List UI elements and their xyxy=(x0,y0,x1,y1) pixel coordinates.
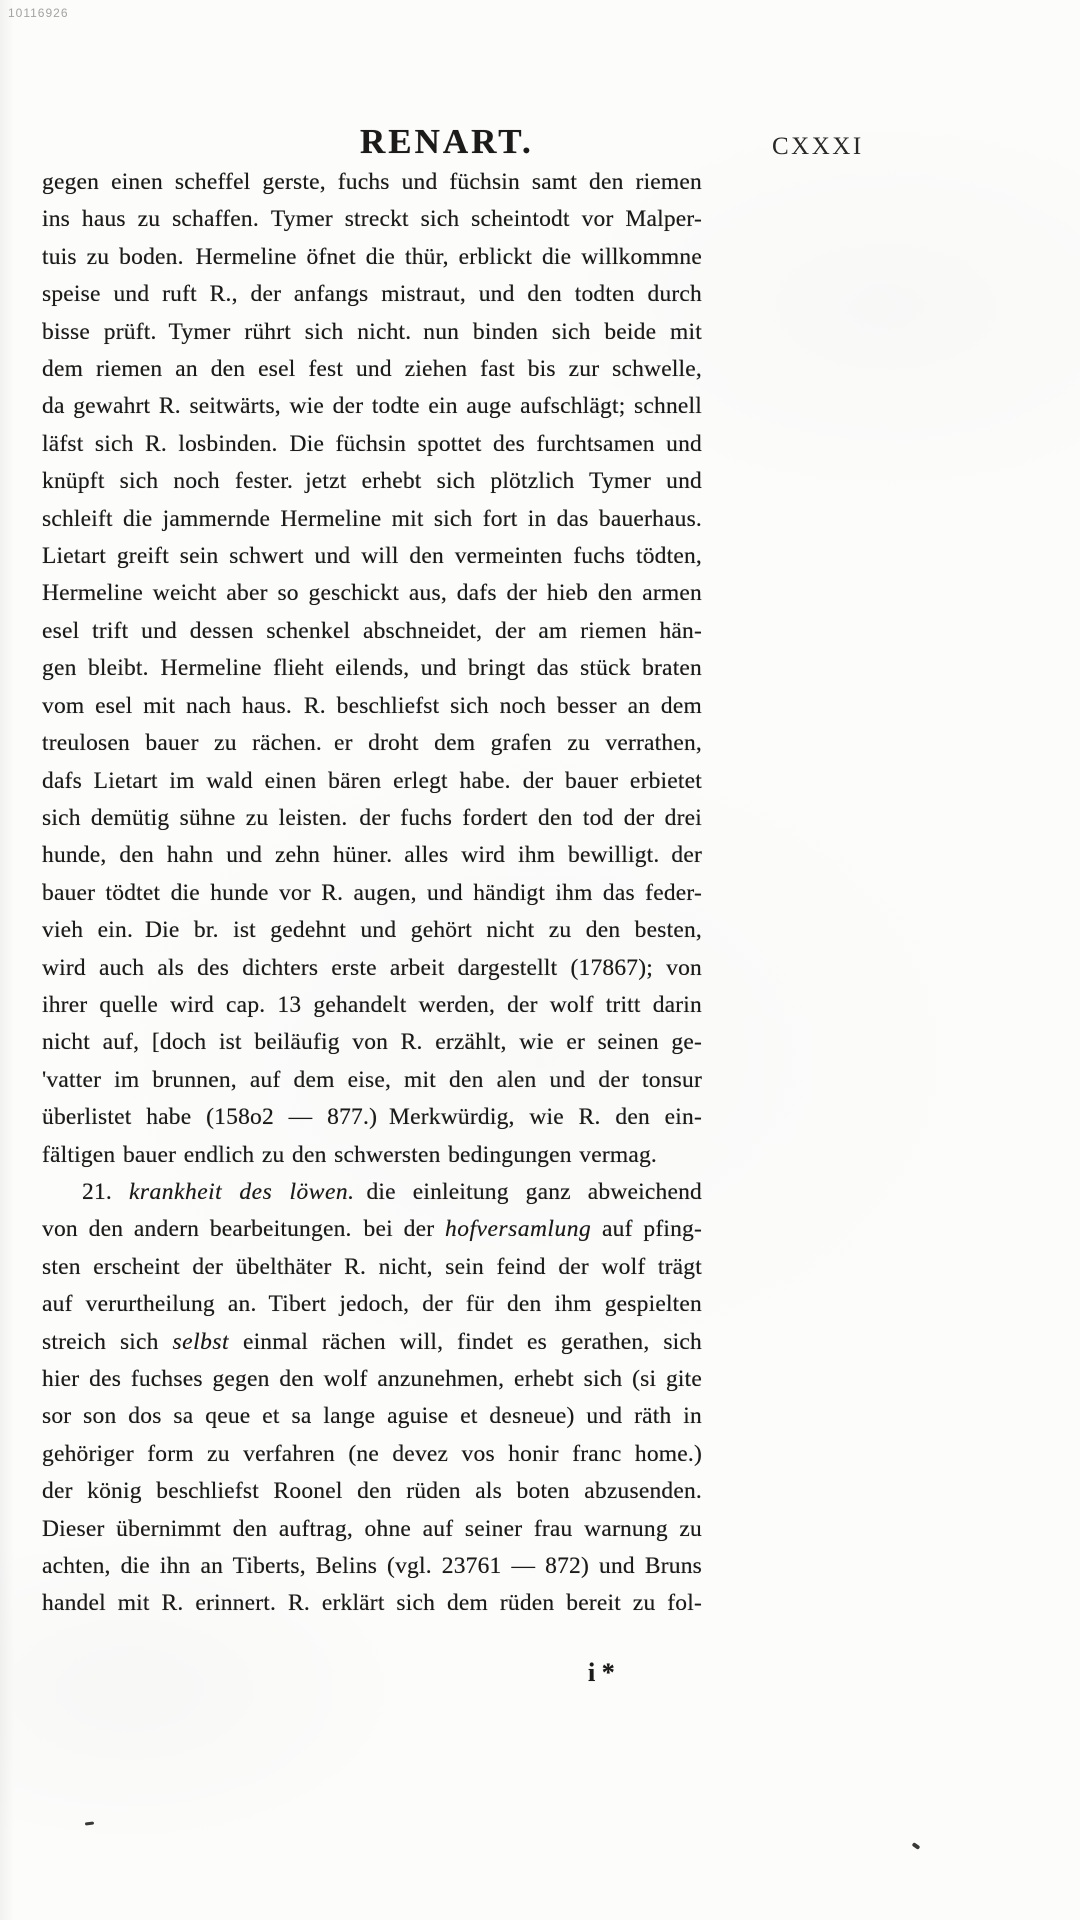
text-line: vom esel mit nach haus. R. beschliefst s… xyxy=(42,688,702,725)
text-line: sten erscheint der übelthäter R. nicht, … xyxy=(42,1249,702,1286)
text-segment: da gewahrt R. seitwärts, wie der todte e… xyxy=(42,393,702,419)
text-segment: sten erscheint der übelthäter R. nicht, … xyxy=(42,1254,702,1280)
text-line: von den andern bearbeitungen. bei der ho… xyxy=(42,1211,702,1248)
text-line: Dieser übernimmt den auftrag, ohne auf s… xyxy=(42,1511,702,1548)
text-segment: ins haus zu schaffen. Tymer streckt sich… xyxy=(42,206,702,232)
text-line: sor son dos sa qeue et sa lange aguise e… xyxy=(42,1398,702,1435)
text-line: streich sich selbst einmal rächen will, … xyxy=(42,1324,702,1361)
scan-number: 10116926 xyxy=(8,6,69,20)
text-segment: fältigen bauer endlich zu den schwersten… xyxy=(42,1142,657,1168)
text-segment: auf verurtheilung an. Tibert jedoch, der… xyxy=(42,1291,702,1317)
text-line: auf verurtheilung an. Tibert jedoch, der… xyxy=(42,1286,702,1323)
text-segment: schleift die jammernde Hermeline mit sic… xyxy=(42,506,702,532)
text-segment: läfst sich R. losbinden. Die füchsin spo… xyxy=(42,431,702,457)
text-segment: gegen einen scheffel gerste, fuchs und f… xyxy=(42,169,702,195)
text-line: Hermeline weicht aber so geschickt aus, … xyxy=(42,575,702,612)
text-line: treulosen bauer zu rächen. er droht dem … xyxy=(42,725,702,762)
text-line: wird auch als des dichters erste arbeit … xyxy=(42,950,702,987)
text-segment: gen bleibt. Hermeline flieht eilends, un… xyxy=(42,655,702,681)
page-title: RENART. xyxy=(360,122,534,162)
page-text: gegen einen scheffel gerste, fuchs und f… xyxy=(42,164,702,1623)
text-line: gegen einen scheffel gerste, fuchs und f… xyxy=(42,164,702,201)
text-segment: knüpft sich noch fester. jetzt erhebt si… xyxy=(42,468,702,494)
text-segment: 'vatter im brunnen, auf dem eise, mit de… xyxy=(42,1067,702,1093)
text-segment: ihrer quelle wird cap. 13 gehandelt werd… xyxy=(42,992,702,1018)
text-line: 21. krankheit des löwen. die einleitung … xyxy=(42,1174,702,1211)
text-segment: bisse prüft. Tymer rührt sich nicht. nun… xyxy=(42,319,702,345)
text-segment: von den andern bearbeitungen. bei der xyxy=(42,1216,445,1242)
text-line: läfst sich R. losbinden. Die füchsin spo… xyxy=(42,426,702,463)
text-line: dafs Lietart im wald einen bären erlegt … xyxy=(42,763,702,800)
text-segment: der könig beschliefst Roonel den rüden a… xyxy=(42,1478,702,1504)
text-segment: einmal rächen will, findet es gerathen, … xyxy=(229,1329,702,1355)
text-line: Lietart greift sein schwert und will den… xyxy=(42,538,702,575)
text-segment: überlistet habe (158o2 — 877.) Merkwürdi… xyxy=(42,1104,702,1130)
text-line: vieh ein. Die br. ist gedehnt und gehört… xyxy=(42,912,702,949)
text-segment: 21. xyxy=(82,1179,129,1205)
text-line: gehöriger form zu verfahren (ne devez vo… xyxy=(42,1436,702,1473)
scan-artifact xyxy=(912,1842,921,1850)
text-line: speise und ruft R., der anfangs mistraut… xyxy=(42,276,702,313)
text-segment: Hermeline weicht aber so geschickt aus, … xyxy=(42,580,702,606)
text-line: tuis zu boden. Hermeline öfnet die thür,… xyxy=(42,239,702,276)
italic-text-segment: selbst xyxy=(173,1329,230,1355)
text-segment: auf pfing- xyxy=(591,1216,702,1242)
italic-text-segment: krankheit des löwen. xyxy=(129,1179,355,1205)
text-segment: gehöriger form zu verfahren (ne devez vo… xyxy=(42,1441,702,1467)
text-segment: esel trift und dessen schenkel abschneid… xyxy=(42,618,702,644)
text-line: fältigen bauer endlich zu den schwersten… xyxy=(42,1137,702,1174)
text-segment: dafs Lietart im wald einen bären erlegt … xyxy=(42,768,702,794)
text-segment: sich demütig sühne zu leisten. der fuchs… xyxy=(42,805,702,831)
text-segment: vieh ein. Die br. ist gedehnt und gehört… xyxy=(42,917,702,943)
text-line: handel mit R. erinnert. R. erklärt sich … xyxy=(42,1585,702,1622)
text-segment: vom esel mit nach haus. R. beschliefst s… xyxy=(42,693,702,719)
text-line: ins haus zu schaffen. Tymer streckt sich… xyxy=(42,201,702,238)
scan-artifact xyxy=(85,1821,94,1825)
text-segment: achten, die ihn an Tiberts, Belins (vgl.… xyxy=(42,1553,702,1579)
signature-mark: i * xyxy=(588,1658,615,1688)
text-segment: streich sich xyxy=(42,1329,173,1355)
text-line: bauer tödtet die hunde vor R. augen, und… xyxy=(42,875,702,912)
italic-text-segment: hofversamlung xyxy=(445,1216,591,1242)
text-line: dem riemen an den esel fest und ziehen f… xyxy=(42,351,702,388)
text-line: sich demütig sühne zu leisten. der fuchs… xyxy=(42,800,702,837)
page-number: CXXXI xyxy=(772,133,864,161)
text-line: knüpft sich noch fester. jetzt erhebt si… xyxy=(42,463,702,500)
text-segment: dem riemen an den esel fest und ziehen f… xyxy=(42,356,702,382)
text-line: da gewahrt R. seitwärts, wie der todte e… xyxy=(42,388,702,425)
text-segment: bauer tödtet die hunde vor R. augen, und… xyxy=(42,880,702,906)
text-line: gen bleibt. Hermeline flieht eilends, un… xyxy=(42,650,702,687)
text-segment: hier des fuchses gegen den wolf anzunehm… xyxy=(42,1366,702,1392)
text-line: nicht auf, [doch ist beiläufig von R. er… xyxy=(42,1024,702,1061)
text-line: achten, die ihn an Tiberts, Belins (vgl.… xyxy=(42,1548,702,1585)
text-line: bisse prüft. Tymer rührt sich nicht. nun… xyxy=(42,314,702,351)
text-segment: nicht auf, [doch ist beiläufig von R. er… xyxy=(42,1029,702,1055)
text-line: ihrer quelle wird cap. 13 gehandelt werd… xyxy=(42,987,702,1024)
text-segment: treulosen bauer zu rächen. er droht dem … xyxy=(42,730,702,756)
text-segment: Dieser übernimmt den auftrag, ohne auf s… xyxy=(42,1516,702,1542)
text-line: überlistet habe (158o2 — 877.) Merkwürdi… xyxy=(42,1099,702,1136)
text-segment: tuis zu boden. Hermeline öfnet die thür,… xyxy=(42,244,702,270)
text-segment: die einleitung ganz abweichend xyxy=(355,1179,702,1205)
text-line: esel trift und dessen schenkel abschneid… xyxy=(42,613,702,650)
scanned-book-page: { "page": { "scan_number": "10116926", "… xyxy=(0,0,1080,1920)
text-segment: hunde, den hahn und zehn hüner. alles wi… xyxy=(42,842,702,868)
text-segment: handel mit R. erinnert. R. erklärt sich … xyxy=(42,1590,702,1616)
text-segment: wird auch als des dichters erste arbeit … xyxy=(42,955,702,981)
text-line: der könig beschliefst Roonel den rüden a… xyxy=(42,1473,702,1510)
text-segment: Lietart greift sein schwert und will den… xyxy=(42,543,702,569)
text-line: hunde, den hahn und zehn hüner. alles wi… xyxy=(42,837,702,874)
text-segment: sor son dos sa qeue et sa lange aguise e… xyxy=(42,1403,702,1429)
text-line: hier des fuchses gegen den wolf anzunehm… xyxy=(42,1361,702,1398)
text-line: 'vatter im brunnen, auf dem eise, mit de… xyxy=(42,1062,702,1099)
text-line: schleift die jammernde Hermeline mit sic… xyxy=(42,501,702,538)
text-segment: speise und ruft R., der anfangs mistraut… xyxy=(42,281,702,307)
